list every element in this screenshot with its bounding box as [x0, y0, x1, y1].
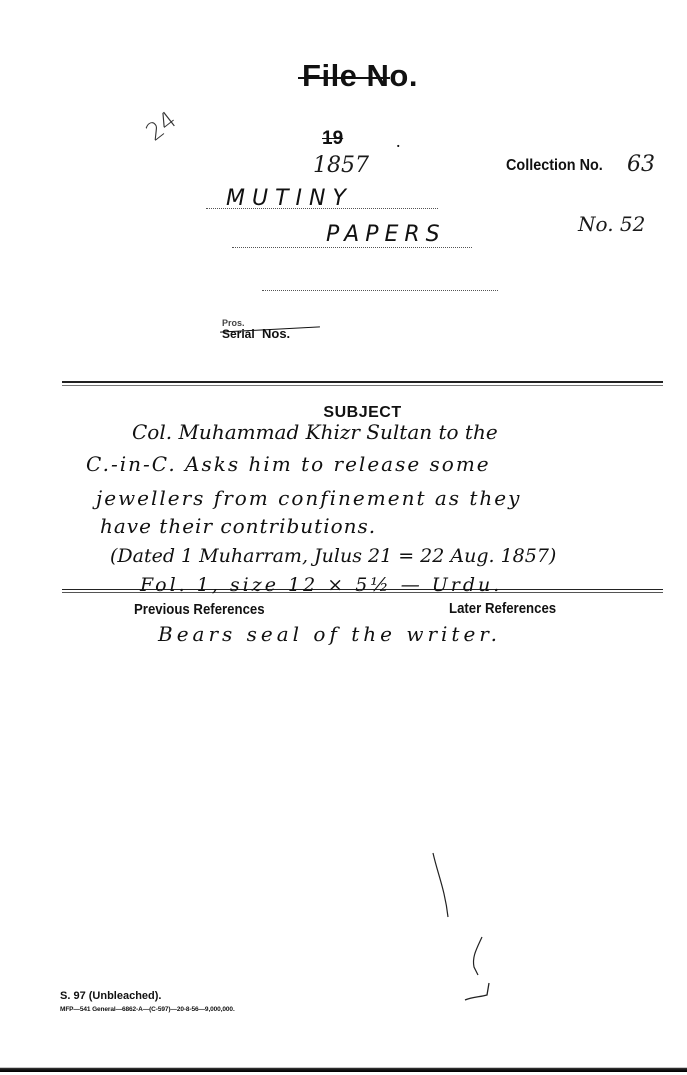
previous-references-label: Previous References [134, 601, 265, 618]
file-no-heading: File No. [0, 58, 687, 94]
subject-text-line: Col. Muhammad Khizr Sultan to the [132, 420, 498, 444]
file-number-dot: . [396, 131, 401, 152]
dotted-rule [262, 290, 498, 291]
subject-title-line-2: PAPERS [326, 222, 446, 247]
subject-text-line: C.-in-C. Asks him to release some [86, 452, 491, 476]
section-rule [62, 385, 663, 386]
struck-file-number: 19 [322, 128, 343, 150]
dotted-rule [232, 247, 472, 248]
collection-label: Collection No. [506, 157, 603, 175]
form-number: S. 97 (Unbleached). [60, 990, 161, 1002]
scan-bottom-edge [0, 1066, 687, 1072]
later-references-label: Later References [449, 600, 556, 617]
subject-text-line: (Dated 1 Muharram, Julus 21 = 22 Aug. 18… [110, 545, 556, 567]
pencil-marks [420, 845, 500, 1005]
subject-text-line: Fol. 1, size 12 × 5½ — Urdu. [140, 574, 502, 596]
file-year: 1857 [313, 153, 369, 178]
section-rule [62, 381, 663, 383]
margin-pencil-number: 24 [141, 106, 182, 147]
dotted-rule [206, 208, 438, 209]
collection-value: 63 [627, 152, 655, 177]
subject-text-line: have their contributions. [100, 514, 376, 538]
subject-text-line: jewellers from confinement as they [96, 486, 521, 510]
papers-number: No. 52 [578, 212, 645, 236]
printer-line: MFP—541 General—6862-A—(C-597)—20-8-56—9… [60, 1006, 235, 1013]
subject-text-line: Bears seal of the writer. [158, 622, 501, 646]
